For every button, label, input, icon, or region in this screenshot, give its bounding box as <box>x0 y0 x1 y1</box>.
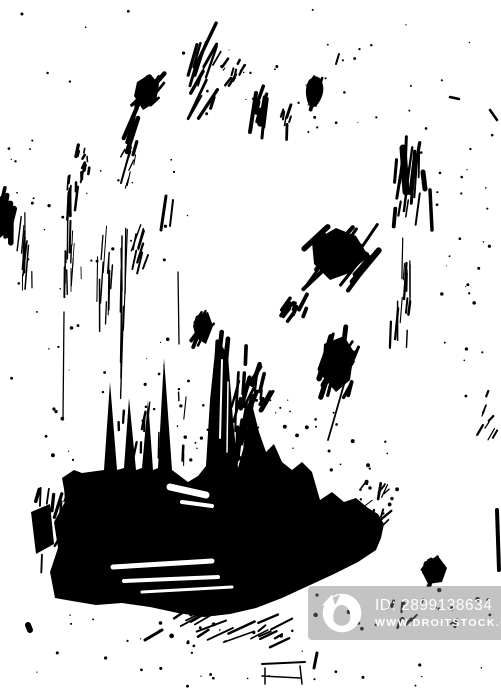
watermark-id: ID: 2899138634 <box>375 598 501 614</box>
watermark-site-url: WWW.DROITSTOCK.COM <box>375 618 501 629</box>
watermark-text: ID: 2899138634 WWW.DROITSTOCK.COM <box>375 598 501 629</box>
droitstock-logo-icon <box>320 591 364 635</box>
stock-image-canvas: ID: 2899138634 WWW.DROITSTOCK.COM <box>0 0 501 700</box>
watermark-bar: ID: 2899138634 WWW.DROITSTOCK.COM <box>308 586 501 640</box>
